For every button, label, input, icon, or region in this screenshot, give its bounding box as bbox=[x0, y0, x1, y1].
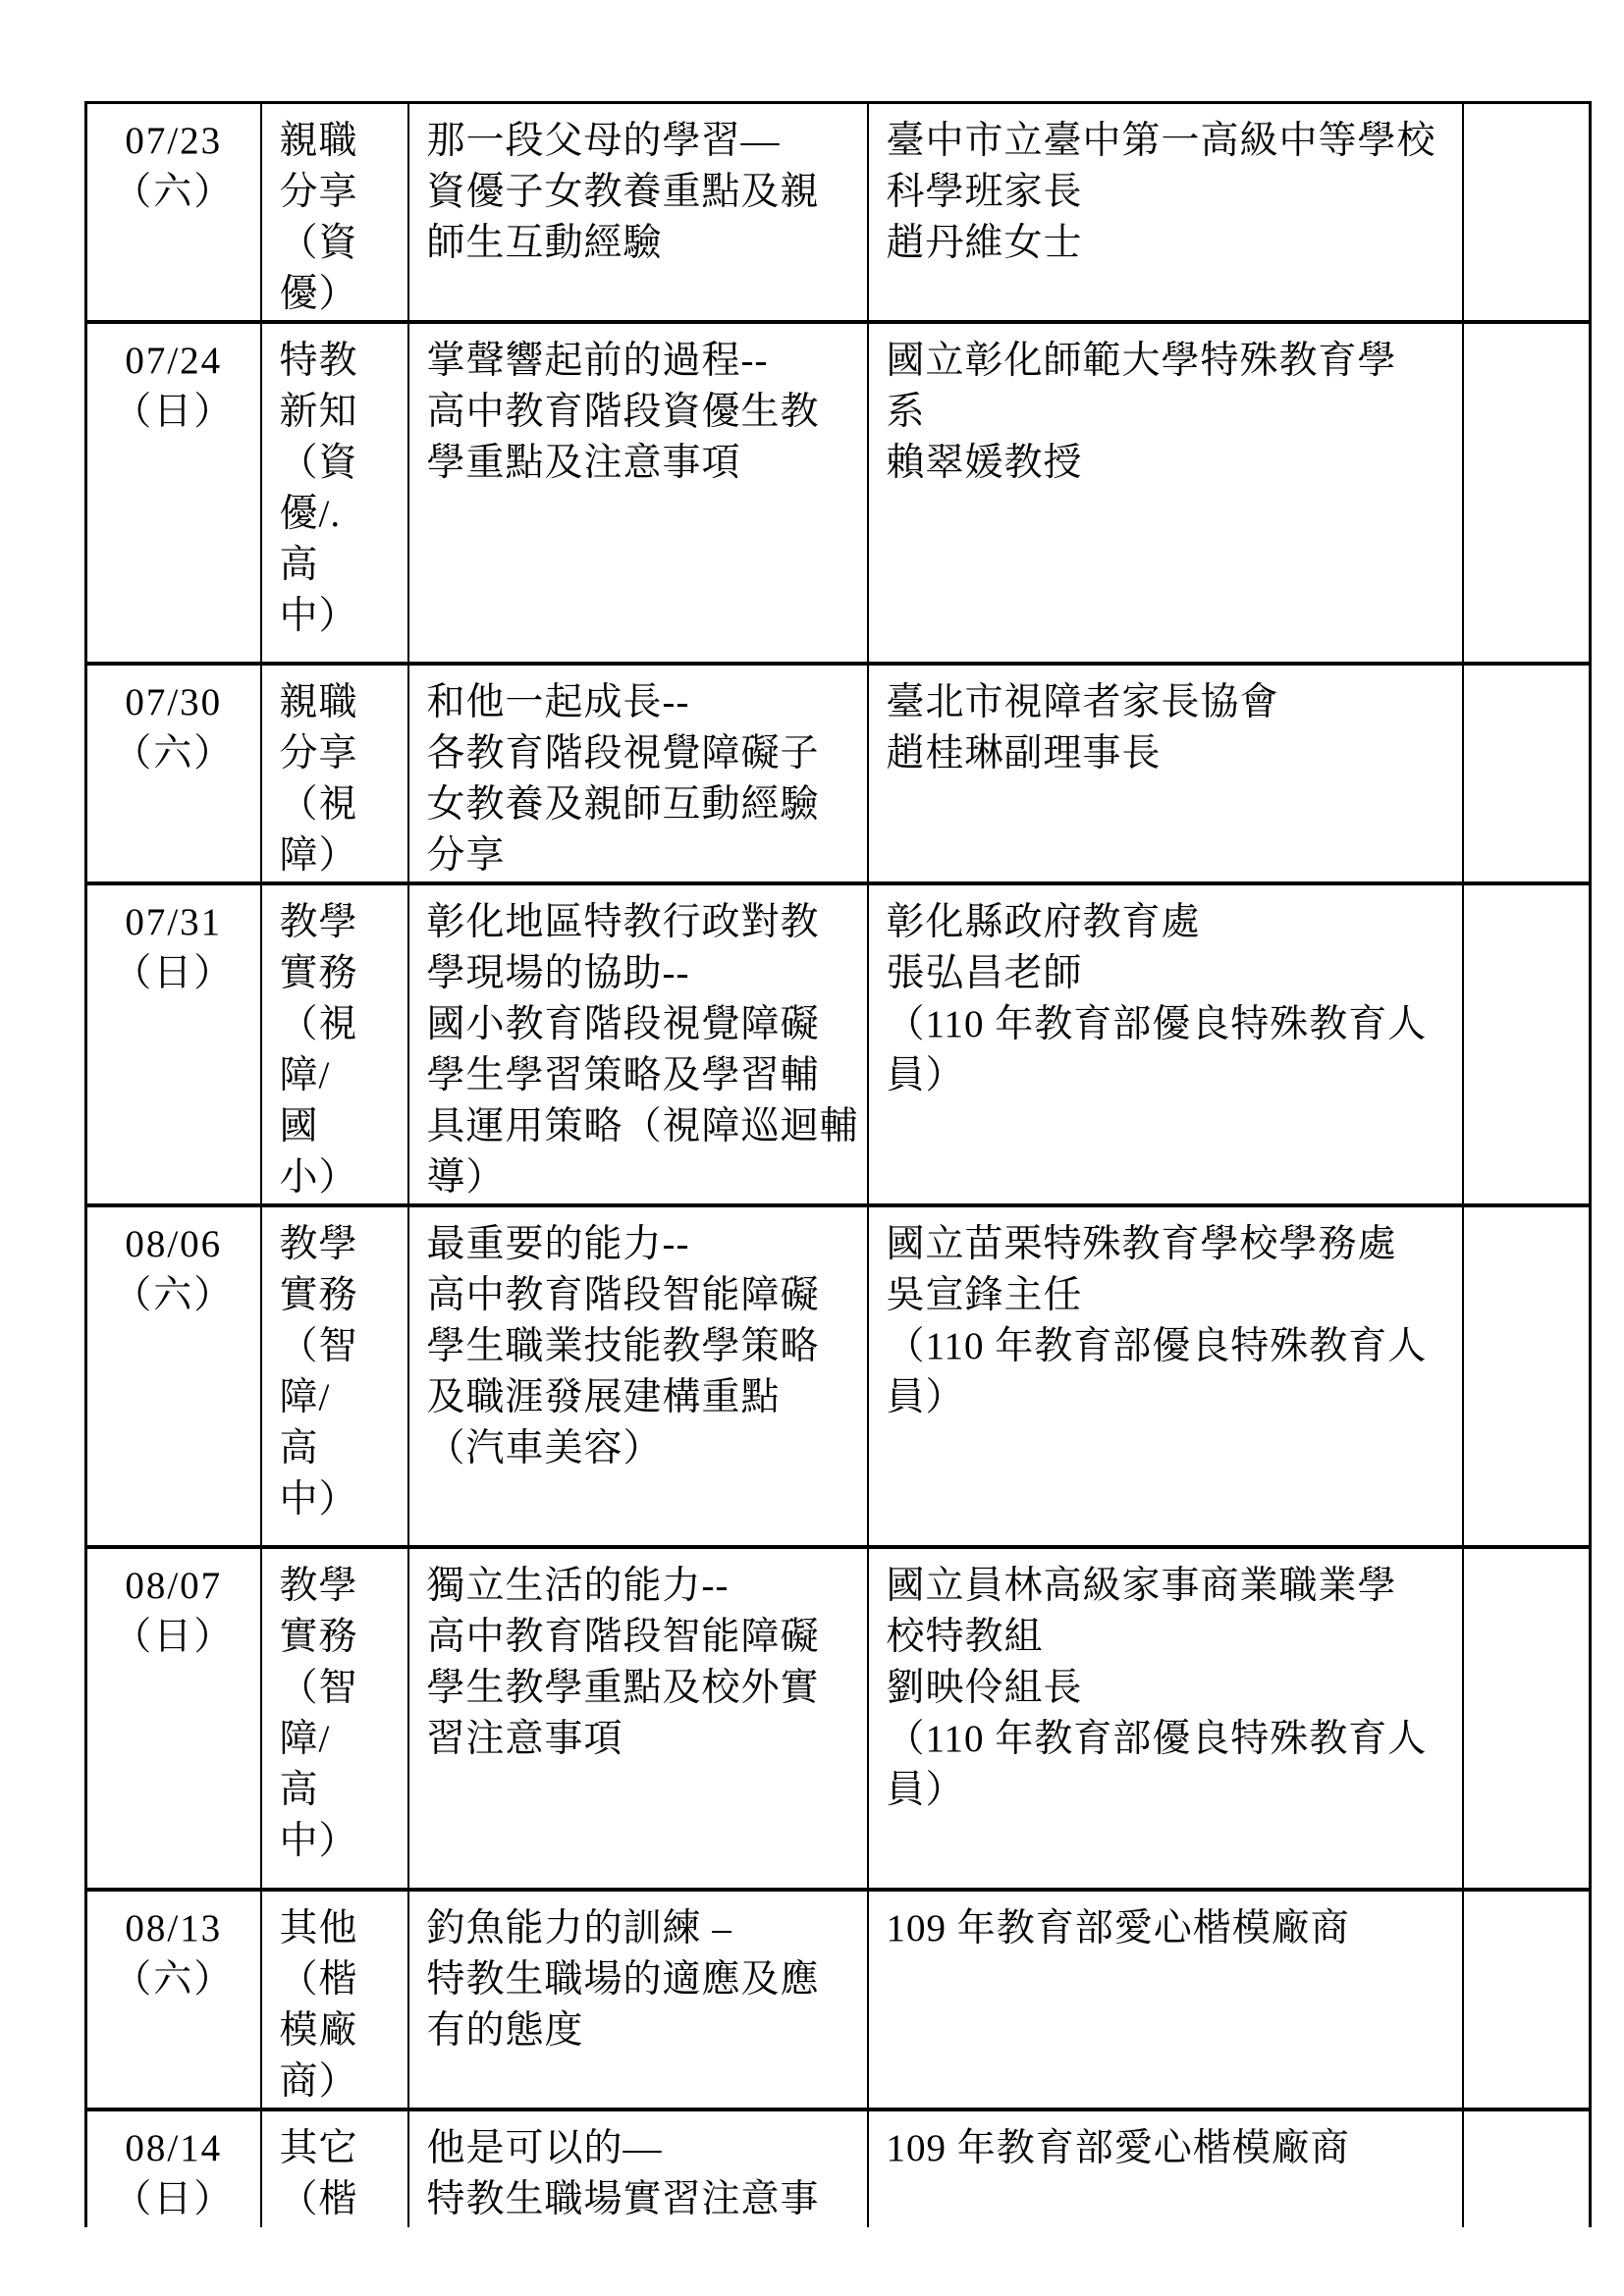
category-text: 親職 分享 （視 障） bbox=[262, 666, 407, 881]
cell-note bbox=[1463, 1890, 1591, 2109]
cell-date: 08/14 （日） bbox=[86, 2109, 261, 2227]
table-row: 07/31 （日） 教學 實務 （視 障/ 國 小） 彰化地區特教行政對教 學現… bbox=[86, 883, 1591, 1205]
cell-speaker: 臺北市視障者家長協會 趙桂琳副理事長 bbox=[868, 664, 1463, 883]
table-row: 07/30 （六） 親職 分享 （視 障） 和他一起成長-- 各教育階段視覺障礙… bbox=[86, 664, 1591, 883]
category-text: 特教 新知 （資 優/. 高 中） bbox=[262, 324, 407, 642]
schedule-table-container: 07/23 （六） 親職 分享 （資 優） 那一段父母的學習— 資優子女教養重點… bbox=[84, 101, 1597, 2227]
date-text: 08/07 （日） bbox=[87, 1549, 260, 1663]
cell-date: 08/13 （六） bbox=[86, 1890, 261, 2109]
category-text: 其它 （楷 bbox=[262, 2111, 407, 2225]
cell-date: 07/30 （六） bbox=[86, 664, 261, 883]
cell-date: 08/06 （六） bbox=[86, 1205, 261, 1547]
document-page: 07/23 （六） 親職 分享 （資 優） 那一段父母的學習— 資優子女教養重點… bbox=[0, 0, 1624, 2296]
cell-speaker: 臺中市立臺中第一高級中等學校 科學班家長 趙丹維女士 bbox=[868, 103, 1463, 323]
category-text: 教學 實務 （智 障/ 高 中） bbox=[262, 1207, 407, 1525]
topic-text: 獨立生活的能力-- 高中教育階段智能障礙 學生教學重點及校外實 習注意事項 bbox=[409, 1549, 867, 1765]
cell-topic: 最重要的能力-- 高中教育階段智能障礙 學生職業技能教學策略 及職涯發展建構重點… bbox=[408, 1205, 868, 1547]
table-row: 07/23 （六） 親職 分享 （資 優） 那一段父母的學習— 資優子女教養重點… bbox=[86, 103, 1591, 323]
cell-speaker: 國立彰化師範大學特殊教育學 系 賴翠媛教授 bbox=[868, 322, 1463, 664]
topic-text: 彰化地區特教行政對教 學現場的協助-- 國小教育階段視覺障礙 學生學習策略及學習… bbox=[409, 885, 867, 1203]
speaker-text: 國立彰化師範大學特殊教育學 系 賴翠媛教授 bbox=[869, 324, 1462, 489]
cell-speaker: 109 年教育部愛心楷模廠商 bbox=[868, 1890, 1463, 2109]
table-row: 08/07 （日） 教學 實務 （智 障/ 高 中） 獨立生活的能力-- 高中教… bbox=[86, 1547, 1591, 1890]
topic-text: 他是可以的— 特教生職場實習注意事 bbox=[409, 2111, 867, 2225]
cell-note bbox=[1463, 1547, 1591, 1890]
cell-category: 親職 分享 （資 優） bbox=[261, 103, 408, 323]
cell-speaker: 彰化縣政府教育處 張弘昌老師 （110 年教育部優良特殊教育人 員） bbox=[868, 883, 1463, 1205]
date-text: 08/14 （日） bbox=[87, 2111, 260, 2225]
category-text: 親職 分享 （資 優） bbox=[262, 104, 407, 320]
cell-category: 親職 分享 （視 障） bbox=[261, 664, 408, 883]
cell-category: 其他 （楷 模廠 商） bbox=[261, 1890, 408, 2109]
category-text: 教學 實務 （視 障/ 國 小） bbox=[262, 885, 407, 1203]
cell-topic: 他是可以的— 特教生職場實習注意事 bbox=[408, 2109, 868, 2227]
schedule-table: 07/23 （六） 親職 分享 （資 優） 那一段父母的學習— 資優子女教養重點… bbox=[84, 101, 1592, 2227]
cell-category: 教學 實務 （智 障/ 高 中） bbox=[261, 1547, 408, 1890]
cell-category: 其它 （楷 bbox=[261, 2109, 408, 2227]
category-text: 其他 （楷 模廠 商） bbox=[262, 1892, 407, 2108]
date-text: 08/13 （六） bbox=[87, 1892, 260, 2005]
speaker-text: 國立苗栗特殊教育學校學務處 吳宣鋒主任 （110 年教育部優良特殊教育人 員） bbox=[869, 1207, 1462, 1423]
topic-text: 釣魚能力的訓練 – 特教生職場的適應及應 有的態度 bbox=[409, 1892, 867, 2056]
cell-topic: 釣魚能力的訓練 – 特教生職場的適應及應 有的態度 bbox=[408, 1890, 868, 2109]
cell-category: 特教 新知 （資 優/. 高 中） bbox=[261, 322, 408, 664]
date-text: 07/23 （六） bbox=[87, 104, 260, 218]
cell-topic: 獨立生活的能力-- 高中教育階段智能障礙 學生教學重點及校外實 習注意事項 bbox=[408, 1547, 868, 1890]
table-row: 08/06 （六） 教學 實務 （智 障/ 高 中） 最重要的能力-- 高中教育… bbox=[86, 1205, 1591, 1547]
category-text: 教學 實務 （智 障/ 高 中） bbox=[262, 1549, 407, 1867]
cell-date: 08/07 （日） bbox=[86, 1547, 261, 1890]
date-text: 07/30 （六） bbox=[87, 666, 260, 779]
speaker-text: 臺中市立臺中第一高級中等學校 科學班家長 趙丹維女士 bbox=[869, 104, 1462, 269]
cell-speaker: 109 年教育部愛心楷模廠商 bbox=[868, 2109, 1463, 2227]
cell-topic: 彰化地區特教行政對教 學現場的協助-- 國小教育階段視覺障礙 學生學習策略及學習… bbox=[408, 883, 868, 1205]
table-row: 08/13 （六） 其他 （楷 模廠 商） 釣魚能力的訓練 – 特教生職場的適應… bbox=[86, 1890, 1591, 2109]
speaker-text: 臺北市視障者家長協會 趙桂琳副理事長 bbox=[869, 666, 1462, 779]
speaker-text: 國立員林高級家事商業職業學 校特教組 劉映伶組長 （110 年教育部優良特殊教育… bbox=[869, 1549, 1462, 1816]
cell-note bbox=[1463, 664, 1591, 883]
speaker-text: 109 年教育部愛心楷模廠商 bbox=[869, 1892, 1462, 1954]
cell-note bbox=[1463, 883, 1591, 1205]
cell-date: 07/23 （六） bbox=[86, 103, 261, 323]
cell-topic: 和他一起成長-- 各教育階段視覺障礙子 女教養及親師互動經驗 分享 bbox=[408, 664, 868, 883]
cell-speaker: 國立員林高級家事商業職業學 校特教組 劉映伶組長 （110 年教育部優良特殊教育… bbox=[868, 1547, 1463, 1890]
cell-topic: 那一段父母的學習— 資優子女教養重點及親 師生互動經驗 bbox=[408, 103, 868, 323]
cell-category: 教學 實務 （視 障/ 國 小） bbox=[261, 883, 408, 1205]
cell-topic: 掌聲響起前的過程-- 高中教育階段資優生教 學重點及注意事項 bbox=[408, 322, 868, 664]
date-text: 08/06 （六） bbox=[87, 1207, 260, 1321]
cell-category: 教學 實務 （智 障/ 高 中） bbox=[261, 1205, 408, 1547]
cell-note bbox=[1463, 103, 1591, 323]
date-text: 07/31 （日） bbox=[87, 885, 260, 999]
table-row: 07/24 （日） 特教 新知 （資 優/. 高 中） 掌聲響起前的過程-- 高… bbox=[86, 322, 1591, 664]
speaker-text: 109 年教育部愛心楷模廠商 bbox=[869, 2111, 1462, 2174]
topic-text: 那一段父母的學習— 資優子女教養重點及親 師生互動經驗 bbox=[409, 104, 867, 269]
cell-note bbox=[1463, 322, 1591, 664]
topic-text: 和他一起成長-- 各教育階段視覺障礙子 女教養及親師互動經驗 分享 bbox=[409, 666, 867, 881]
cell-date: 07/24 （日） bbox=[86, 322, 261, 664]
table-row: 08/14 （日） 其它 （楷 他是可以的— 特教生職場實習注意事 109 年教… bbox=[86, 2109, 1591, 2227]
date-text: 07/24 （日） bbox=[87, 324, 260, 438]
cell-date: 07/31 （日） bbox=[86, 883, 261, 1205]
topic-text: 掌聲響起前的過程-- 高中教育階段資優生教 學重點及注意事項 bbox=[409, 324, 867, 489]
speaker-text: 彰化縣政府教育處 張弘昌老師 （110 年教育部優良特殊教育人 員） bbox=[869, 885, 1462, 1101]
cell-note bbox=[1463, 1205, 1591, 1547]
cell-note bbox=[1463, 2109, 1591, 2227]
cell-speaker: 國立苗栗特殊教育學校學務處 吳宣鋒主任 （110 年教育部優良特殊教育人 員） bbox=[868, 1205, 1463, 1547]
topic-text: 最重要的能力-- 高中教育階段智能障礙 學生職業技能教學策略 及職涯發展建構重點… bbox=[409, 1207, 867, 1474]
